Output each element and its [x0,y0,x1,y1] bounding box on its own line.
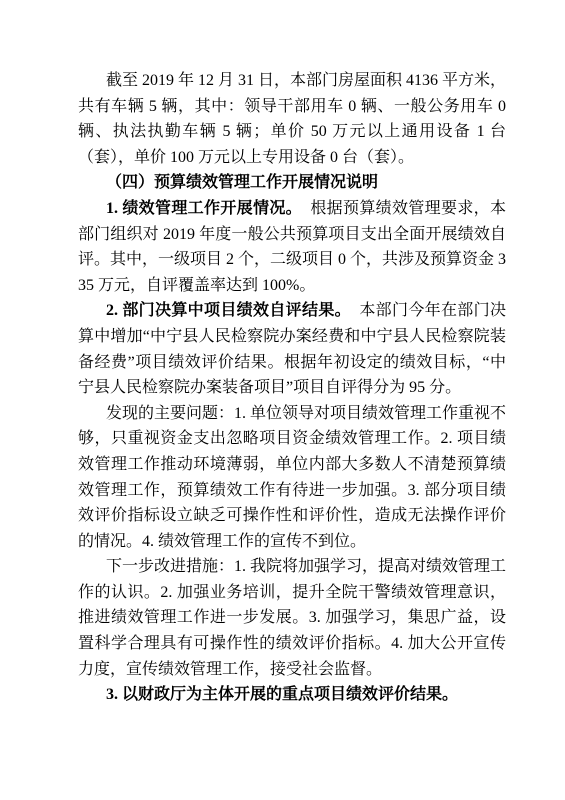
text-run: 下一步改进措施：1. 我院将加强学习，提高对绩效管理工作的认识。2. 加强业务培… [78,558,506,677]
bold-text-run: 1. 绩效管理工作开展情况。 [106,200,294,217]
key-project-evaluation-heading: 3. 以财政厅为主体开展的重点项目绩效评价结果。 [78,682,506,708]
document-page: 截至 2019 年 12 月 31 日，本部门房屋面积 4136 平方米，共有车… [0,0,565,800]
document-body: 截至 2019 年 12 月 31 日，本部门房屋面积 4136 平方米，共有车… [78,68,506,708]
section-heading-budget-performance: （四）预算绩效管理工作开展情况说明 [78,170,506,196]
text-run: 截至 2019 年 12 月 31 日，本部门房屋面积 4136 平方米，共有车… [78,72,506,166]
assets-summary-paragraph: 截至 2019 年 12 月 31 日，本部门房屋面积 4136 平方米，共有车… [78,68,506,170]
performance-management-paragraph: 1. 绩效管理工作开展情况。 根据预算绩效管理要求，本部门组织对 2019 年度… [78,196,506,298]
bold-text-run: 2. 部门决算中项目绩效自评结果。 [106,302,343,319]
self-evaluation-results-paragraph: 2. 部门决算中项目绩效自评结果。 本部门今年在部门决算中增加“中宁县人民检察院… [78,298,506,400]
text-run: 发现的主要问题：1. 单位领导对项目绩效管理工作重视不够，只重视资金支出忽略项目… [78,405,506,550]
improvement-measures-paragraph: 下一步改进措施：1. 我院将加强学习，提高对绩效管理工作的认识。2. 加强业务培… [78,554,506,682]
bold-text-run: （四）预算绩效管理工作开展情况说明 [106,174,378,191]
problems-found-paragraph: 发现的主要问题：1. 单位领导对项目绩效管理工作重视不够，只重视资金支出忽略项目… [78,401,506,555]
bold-text-run: 3. 以财政厅为主体开展的重点项目绩效评价结果。 [106,686,458,703]
